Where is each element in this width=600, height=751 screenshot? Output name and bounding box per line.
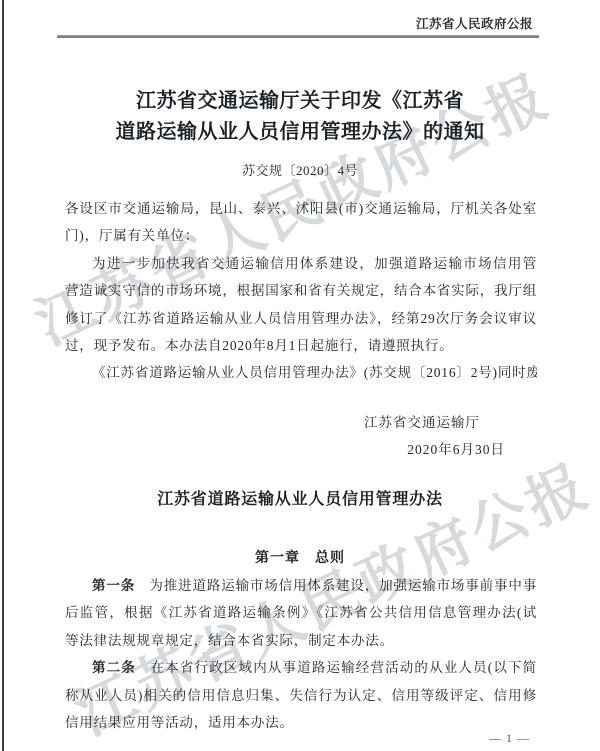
signature-issuer: 江苏省交通运输厅 (364, 409, 480, 436)
article-2-label: 第二条 (92, 660, 136, 675)
page-number: — 1 — (489, 731, 530, 746)
notice-paragraph-line: 营造诚实守信的市场环境，根据国家和省有关规定，结合本省实际，我厅组织 (65, 277, 537, 304)
article-1-line: 后监管，根据《江苏省道路运输条例》《江苏省公共信用信息管理办法(试行)》 (65, 599, 537, 626)
regulation-articles: 第一条 为推进道路运输市场信用体系建设，加强运输市场事前事中事 后监管，根据《江… (65, 572, 537, 736)
article-1-label: 第一条 (92, 578, 135, 593)
notice-salutation-line: 门)，厅属有关单位： (65, 222, 537, 249)
header-divider-line (57, 35, 539, 38)
article-2-text: 在本省行政区域内从事道路运输经营活动的从业人员(以下简 (136, 660, 537, 675)
notice-salutation-line: 各设区市交通运输局，昆山、泰兴、沭阳县(市)交通运输局，厅机关各处室(部 (65, 195, 537, 222)
article-2-line: 第二条 在本省行政区域内从事道路运输经营活动的从业人员(以下简 (65, 654, 537, 681)
regulation-title: 江苏省道路运输从业人员信用管理办法 (0, 489, 600, 511)
gazette-header-title: 江苏省人民政府公报 (416, 14, 533, 32)
notice-paragraph-line: 修订了《江苏省道路运输从业人员信用管理办法》，经第29次厅务会议审议通 (65, 305, 537, 332)
signature-date: 2020年6月30日 (407, 436, 505, 463)
article-1-line: 第一条 为推进道路运输市场信用体系建设，加强运输市场事前事中事 (65, 572, 537, 599)
notice-paragraph-line: 为进一步加快我省交通运输信用体系建设，加强道路运输市场信用管理， (65, 250, 537, 277)
document-number: 苏交规〔2020〕4号 (0, 160, 600, 179)
article-2-line: 信用结果应用等活动，适用本办法。 (65, 709, 537, 736)
notice-title: 江苏省交通运输厅关于印发《江苏省 道路运输从业人员信用管理办法》的通知 (40, 86, 560, 148)
article-1-text: 为推进道路运输市场信用体系建设，加强运输市场事前事中事 (135, 578, 537, 593)
gazette-page: 江苏省人民政府公报 江苏省人民政府公报 江苏省人民政府公报 江苏省交通运输厅关于… (0, 0, 600, 751)
notice-title-line-2: 道路运输从业人员信用管理办法》的通知 (40, 117, 560, 148)
notice-paragraph-line: 过，现予发布。本办法自2020年8月1日起施行，请遵照执行。 (65, 332, 537, 359)
notice-body: 各设区市交通运输局，昆山、泰兴、沭阳县(市)交通运输局，厅机关各处室(部 门)，… (65, 195, 537, 387)
page-binding-edge (2, 0, 4, 751)
notice-title-line-1: 江苏省交通运输厅关于印发《江苏省 (40, 86, 560, 117)
article-2-line: 称从业人员)相关的信用信息归集、失信行为认定、信用等级评定、信用修复、 (65, 682, 537, 709)
notice-repeal-line: 《江苏省道路运输从业人员信用管理办法》(苏交规〔2016〕2号)同时废止。 (65, 359, 537, 386)
article-1-line: 等法律法规规章规定，结合本省实际，制定本办法。 (65, 627, 537, 654)
chapter-1-heading: 第一章 总则 (0, 549, 600, 569)
